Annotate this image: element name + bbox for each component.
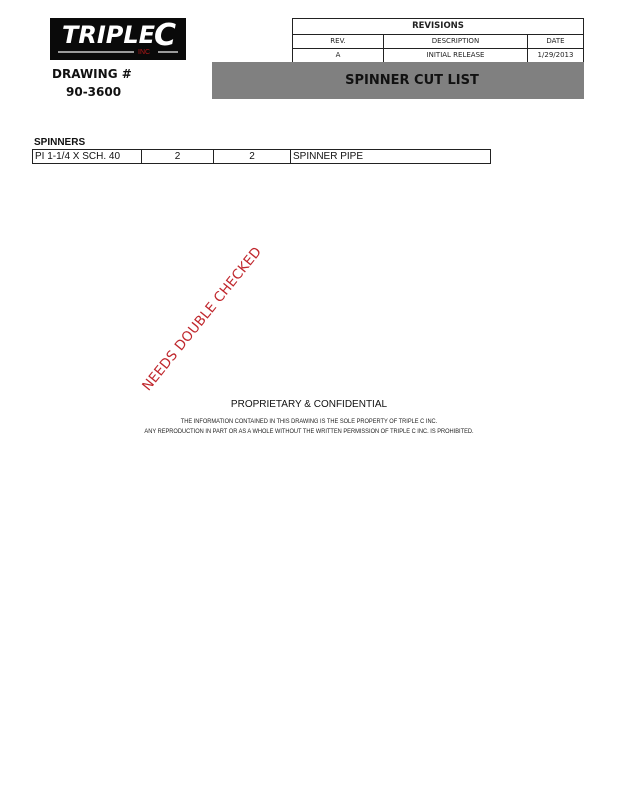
revision-description: INITIAL RELEASE <box>384 49 528 63</box>
quantity-cell-2: 2 <box>214 150 291 164</box>
description-column-header: DESCRIPTION <box>384 35 528 49</box>
revision-date: 1/29/2013 <box>528 49 584 63</box>
revisions-table: REVISIONS REV. DESCRIPTION DATE A INITIA… <box>292 18 584 63</box>
logo-suffix: INC <box>138 49 150 56</box>
date-column-header: DATE <box>528 35 584 49</box>
proprietary-notice-line-2: ANY REPRODUCTION IN PART OR AS A WHOLE W… <box>25 428 594 435</box>
logo-underline-2 <box>158 51 178 53</box>
section-label-spinners: SPINNERS <box>34 137 85 148</box>
document-title: SPINNER CUT LIST <box>345 73 479 88</box>
title-bar: SPINNER CUT LIST <box>212 62 584 99</box>
revisions-header-row: REV. DESCRIPTION DATE <box>293 35 584 49</box>
logo-letter: C <box>154 18 176 53</box>
revision-row: A INITIAL RELEASE 1/29/2013 <box>293 49 584 63</box>
description-cell: SPINNER PIPE <box>291 150 491 164</box>
spinners-table: PI 1-1/4 X SCH. 40 2 2 SPINNER PIPE <box>32 149 491 164</box>
proprietary-notice-line-1: THE INFORMATION CONTAINED IN THIS DRAWIN… <box>25 418 594 425</box>
rev-column-header: REV. <box>293 35 384 49</box>
review-stamp: NEEDS DOUBLE CHECKED <box>139 244 265 394</box>
logo-word: TRIPLE <box>62 21 155 49</box>
company-logo: TRIPLE C INC <box>50 18 186 60</box>
drawing-number-label: DRAWING # <box>52 67 132 81</box>
logo-underline <box>58 51 134 53</box>
drawing-number: 90-3600 <box>66 85 121 99</box>
revision-rev: A <box>293 49 384 63</box>
material-cell: PI 1-1/4 X SCH. 40 <box>33 150 142 164</box>
proprietary-title: PROPRIETARY & CONFIDENTIAL <box>0 399 618 410</box>
table-row: PI 1-1/4 X SCH. 40 2 2 SPINNER PIPE <box>33 150 491 164</box>
revisions-title: REVISIONS <box>293 19 584 35</box>
quantity-cell: 2 <box>142 150 214 164</box>
